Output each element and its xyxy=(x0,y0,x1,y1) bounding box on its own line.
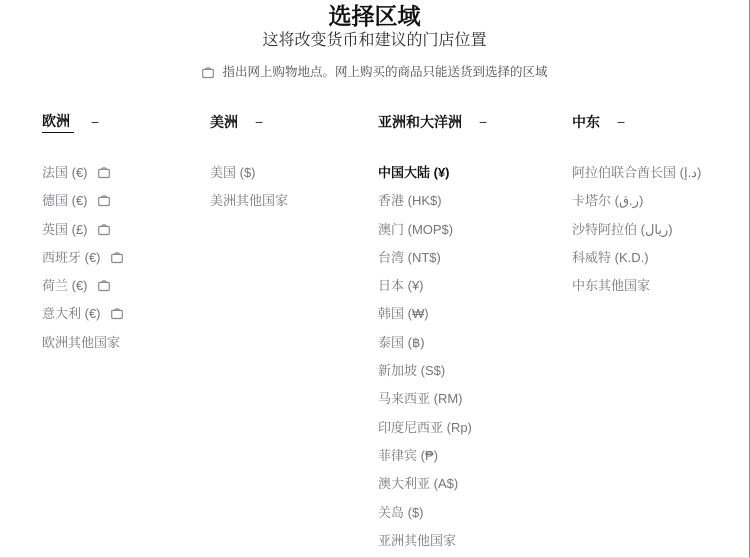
list-item: 泰国 (฿) xyxy=(378,334,572,351)
country-label: 意大利 (€) xyxy=(42,305,101,322)
country-link[interactable]: 英国 (£) xyxy=(42,221,111,238)
country-label: 印度尼西亚 (Rp) xyxy=(378,419,472,436)
region-column-header: 欧洲− xyxy=(42,113,210,130)
region-column-header: 亚洲和大洋洲− xyxy=(378,113,572,130)
collapse-toggle-button[interactable]: − xyxy=(255,115,263,129)
country-list: 法国 (€)德国 (€)英国 (£)西班牙 (€)荷兰 (€)意大利 (€)欧洲… xyxy=(42,164,210,351)
list-item: 菲律宾 (₱) xyxy=(378,447,572,464)
country-link[interactable]: 韩国 (₩) xyxy=(378,305,429,322)
country-label: 亚洲其他国家 xyxy=(378,532,456,549)
country-label: 法国 (€) xyxy=(42,164,88,181)
list-item: 荷兰 (€) xyxy=(42,277,210,294)
country-label: 卡塔尔 (ر.ق) xyxy=(572,192,643,209)
country-link[interactable]: 台湾 (NT$) xyxy=(378,249,441,266)
collapse-toggle-button[interactable]: − xyxy=(479,115,487,129)
list-item: 马来西亚 (RM) xyxy=(378,390,572,407)
country-label: 关岛 ($) xyxy=(378,504,424,521)
country-label: 德国 (€) xyxy=(42,192,88,209)
region-header-link[interactable]: 中东 xyxy=(572,112,600,132)
country-label: 台湾 (NT$) xyxy=(378,249,441,266)
online-store-note-text: 指出网上购物地点。网上购买的商品只能送货到选择的区域 xyxy=(222,64,547,80)
list-item: 中东其他国家 xyxy=(572,277,749,294)
country-list: 中国大陆 (¥)香港 (HK$)澳门 (MOP$)台湾 (NT$)日本 (¥)韩… xyxy=(378,164,572,549)
region-header-link[interactable]: 美洲 xyxy=(210,112,238,132)
country-link[interactable]: 日本 (¥) xyxy=(378,277,424,294)
country-link[interactable]: 美洲其他国家 xyxy=(210,192,288,209)
list-item: 意大利 (€) xyxy=(42,305,210,322)
list-item: 西班牙 (€) xyxy=(42,249,210,266)
country-link[interactable]: 印度尼西亚 (Rp) xyxy=(378,419,472,436)
list-item: 德国 (€) xyxy=(42,192,210,209)
country-link[interactable]: 阿拉伯联合酋长国 (د.إ) xyxy=(572,164,701,181)
page-subtitle: 这将改变货币和建议的门店位置 xyxy=(0,31,749,50)
country-label: 澳大利亚 (A$) xyxy=(378,475,458,492)
country-label: 泰国 (฿) xyxy=(378,334,425,351)
shopping-bag-icon xyxy=(97,166,111,179)
shopping-bag-icon xyxy=(97,223,111,236)
country-label: 日本 (¥) xyxy=(378,277,424,294)
list-item: 沙特阿拉伯 (ريال) xyxy=(572,221,749,238)
country-link[interactable]: 新加坡 (S$) xyxy=(378,362,445,379)
region-column-header: 美洲− xyxy=(210,113,378,130)
region-column-header: 中东− xyxy=(572,113,749,130)
list-item: 澳大利亚 (A$) xyxy=(378,475,572,492)
country-link[interactable]: 美国 ($) xyxy=(210,164,256,181)
country-link[interactable]: 关岛 ($) xyxy=(378,504,424,521)
country-label: 荷兰 (€) xyxy=(42,277,88,294)
country-label: 中国大陆 (¥) xyxy=(378,164,450,181)
list-item: 美洲其他国家 xyxy=(210,192,378,209)
country-label: 澳门 (MOP$) xyxy=(378,221,453,238)
list-item: 印度尼西亚 (Rp) xyxy=(378,419,572,436)
country-list: 美国 ($)美洲其他国家 xyxy=(210,164,378,209)
list-item: 台湾 (NT$) xyxy=(378,249,572,266)
region-selector-page: 选择区域 这将改变货币和建议的门店位置 指出网上购物地点。网上购买的商品只能送货… xyxy=(0,0,750,558)
country-label: 美洲其他国家 xyxy=(210,192,288,209)
page-header: 选择区域 这将改变货币和建议的门店位置 指出网上购物地点。网上购买的商品只能送货… xyxy=(0,3,749,80)
country-link[interactable]: 意大利 (€) xyxy=(42,305,124,322)
list-item: 韩国 (₩) xyxy=(378,305,572,322)
country-link[interactable]: 西班牙 (€) xyxy=(42,249,124,266)
country-link[interactable]: 卡塔尔 (ر.ق) xyxy=(572,192,643,209)
country-label: 马来西亚 (RM) xyxy=(378,390,463,407)
regions-grid: 欧洲−法国 (€)德国 (€)英国 (£)西班牙 (€)荷兰 (€)意大利 (€… xyxy=(0,113,749,558)
country-label: 韩国 (₩) xyxy=(378,305,429,322)
country-label: 英国 (£) xyxy=(42,221,88,238)
country-label: 阿拉伯联合酋长国 (د.إ) xyxy=(572,164,701,181)
list-item: 法国 (€) xyxy=(42,164,210,181)
country-link[interactable]: 科威特 (K.D.) xyxy=(572,249,649,266)
country-link[interactable]: 中国大陆 (¥) xyxy=(378,164,450,181)
list-item: 中国大陆 (¥) xyxy=(378,164,572,181)
list-item: 日本 (¥) xyxy=(378,277,572,294)
list-item: 卡塔尔 (ر.ق) xyxy=(572,192,749,209)
list-item: 欧洲其他国家 xyxy=(42,334,210,351)
country-link[interactable]: 澳大利亚 (A$) xyxy=(378,475,458,492)
country-link[interactable]: 马来西亚 (RM) xyxy=(378,390,463,407)
country-link[interactable]: 沙特阿拉伯 (ريال) xyxy=(572,221,673,238)
list-item: 科威特 (K.D.) xyxy=(572,249,749,266)
list-item: 澳门 (MOP$) xyxy=(378,221,572,238)
country-link[interactable]: 法国 (€) xyxy=(42,164,111,181)
region-column: 美洲−美国 ($)美洲其他国家 xyxy=(210,113,378,558)
online-store-note: 指出网上购物地点。网上购买的商品只能送货到选择的区域 xyxy=(0,64,749,80)
country-link[interactable]: 菲律宾 (₱) xyxy=(378,447,438,464)
country-link[interactable]: 荷兰 (€) xyxy=(42,277,111,294)
country-label: 中东其他国家 xyxy=(572,277,650,294)
country-link[interactable]: 德国 (€) xyxy=(42,192,111,209)
list-item: 新加坡 (S$) xyxy=(378,362,572,379)
country-link[interactable]: 香港 (HK$) xyxy=(378,192,442,209)
page-title: 选择区域 xyxy=(0,3,749,29)
country-link[interactable]: 欧洲其他国家 xyxy=(42,334,120,351)
country-label: 西班牙 (€) xyxy=(42,249,101,266)
shopping-bag-icon xyxy=(110,251,124,264)
shopping-bag-icon xyxy=(201,66,215,79)
country-link[interactable]: 中东其他国家 xyxy=(572,277,650,294)
country-link[interactable]: 泰国 (฿) xyxy=(378,334,425,351)
region-column: 欧洲−法国 (€)德国 (€)英国 (£)西班牙 (€)荷兰 (€)意大利 (€… xyxy=(42,113,210,558)
region-column: 亚洲和大洋洲−中国大陆 (¥)香港 (HK$)澳门 (MOP$)台湾 (NT$)… xyxy=(378,113,572,558)
country-link[interactable]: 亚洲其他国家 xyxy=(378,532,456,549)
region-header-link[interactable]: 欧洲 xyxy=(42,111,74,133)
shopping-bag-icon xyxy=(110,307,124,320)
country-label: 欧洲其他国家 xyxy=(42,334,120,351)
region-column: 中东−阿拉伯联合酋长国 (د.إ)卡塔尔 (ر.ق)沙特阿拉伯 (ريال)科威… xyxy=(572,113,749,558)
list-item: 美国 ($) xyxy=(210,164,378,181)
collapse-toggle-button[interactable]: − xyxy=(91,115,99,129)
country-label: 沙特阿拉伯 (ريال) xyxy=(572,221,673,238)
list-item: 香港 (HK$) xyxy=(378,192,572,209)
region-header-link[interactable]: 亚洲和大洋洲 xyxy=(378,112,462,132)
country-label: 美国 ($) xyxy=(210,164,256,181)
shopping-bag-icon xyxy=(97,279,111,292)
country-list: 阿拉伯联合酋长国 (د.إ)卡塔尔 (ر.ق)沙特阿拉伯 (ريال)科威特 (… xyxy=(572,164,749,294)
country-label: 香港 (HK$) xyxy=(378,192,442,209)
country-label: 科威特 (K.D.) xyxy=(572,249,649,266)
list-item: 亚洲其他国家 xyxy=(378,532,572,549)
list-item: 阿拉伯联合酋长国 (د.إ) xyxy=(572,164,749,181)
list-item: 关岛 ($) xyxy=(378,504,572,521)
list-item: 英国 (£) xyxy=(42,221,210,238)
shopping-bag-icon xyxy=(97,194,111,207)
collapse-toggle-button[interactable]: − xyxy=(617,115,625,129)
country-link[interactable]: 澳门 (MOP$) xyxy=(378,221,453,238)
country-label: 新加坡 (S$) xyxy=(378,362,445,379)
country-label: 菲律宾 (₱) xyxy=(378,447,438,464)
